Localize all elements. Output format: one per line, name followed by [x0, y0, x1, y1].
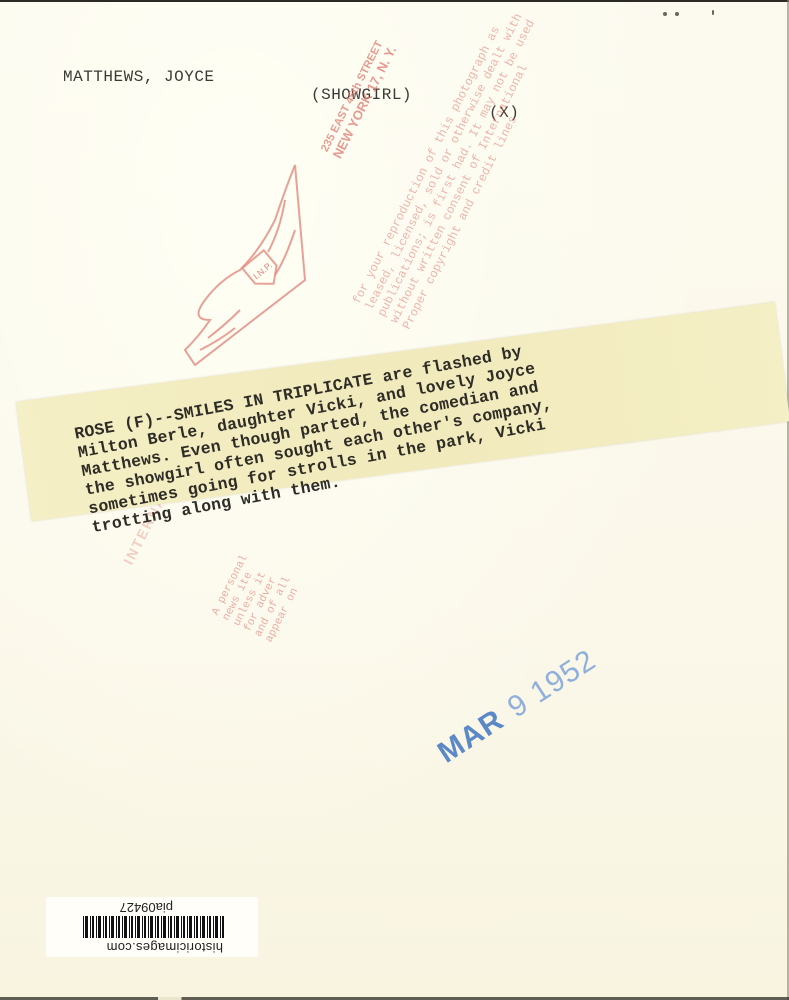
barcode-code: pia09427	[120, 900, 174, 915]
speck	[663, 12, 667, 16]
logo-text: I.N.P.	[251, 260, 274, 281]
barcode-label: historicimages.com pia09427	[46, 897, 258, 957]
archive-header: MATTHEWS, JOYCE (SHOWGIRL) (X)	[63, 50, 83, 122]
top-edge	[0, 0, 789, 2]
speck	[712, 10, 714, 15]
subject-name: MATTHEWS, JOYCE	[63, 68, 215, 86]
speck	[675, 12, 679, 16]
inp-logo-stamp: I.N.P.	[180, 160, 310, 370]
barcode-bars	[82, 916, 224, 938]
barcode-site: historicimages.com	[106, 940, 223, 955]
